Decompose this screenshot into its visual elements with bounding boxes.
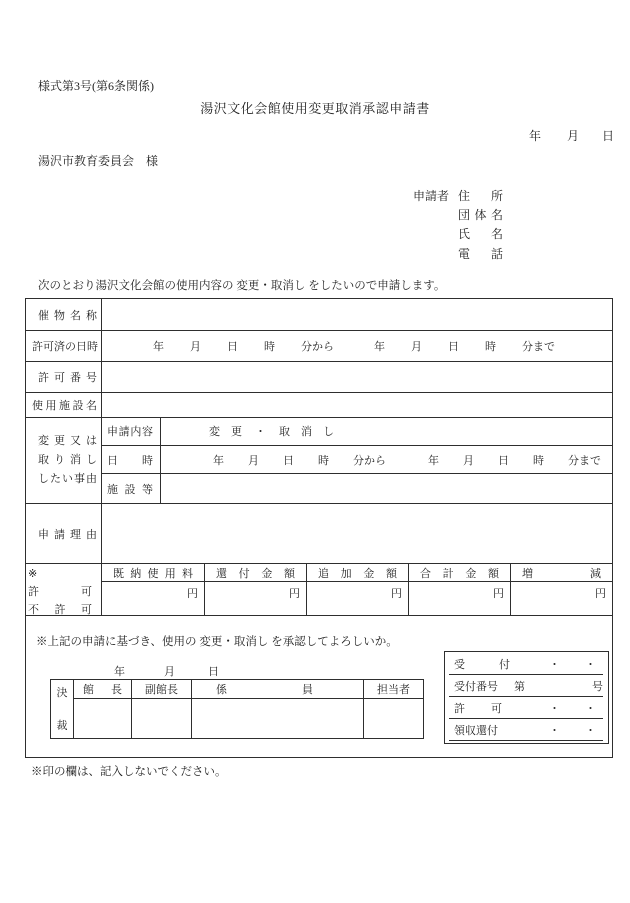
date-dot: ・ xyxy=(549,722,560,738)
row-change-facility: 施設等 xyxy=(102,474,612,503)
row-event-name: 催物名称 xyxy=(26,299,612,331)
yen-unit: 円 xyxy=(391,585,402,601)
deputy-director-stamp-cell xyxy=(132,699,192,738)
reception-refund-row: 領収還付 ・ ・ xyxy=(449,719,603,741)
addressee: 湯沢市教育委員会 様 xyxy=(38,152,158,169)
decision-stamp-row xyxy=(74,699,423,738)
reception-number-row: 受付番号 第 号 xyxy=(449,675,603,697)
date-dot: ・ xyxy=(549,700,560,716)
fee-refund-header: 還付金額 xyxy=(205,565,306,581)
reception-number-label: 受付番号 xyxy=(454,678,498,694)
fee-refund-cell: 円 xyxy=(205,582,306,615)
date-dot: ・ xyxy=(585,722,596,738)
receipt-label: 受付 xyxy=(454,656,510,672)
date-dot: ・ xyxy=(549,656,560,672)
applicant-name-label: 氏名 xyxy=(458,225,503,242)
person-in-charge-header: 担当者 xyxy=(364,680,423,698)
fee-total-header: 合計金額 xyxy=(409,565,510,581)
fee-col-total: 合計金額 円 xyxy=(409,564,511,615)
permit-option: 許可 xyxy=(28,583,92,601)
date-dot: ・ xyxy=(585,656,596,672)
option-cancel: 取消し xyxy=(279,423,345,439)
change-section-body: 申請内容 変更 ・ 取消し 日時 xyxy=(102,418,612,503)
fee-col-refund: 還付金額 円 xyxy=(205,564,307,615)
application-table: 催物名称 許可済の日時 年 月 日 時 分から 年 月 日 時 分まで xyxy=(25,298,613,758)
change-facility-label: 施設等 xyxy=(102,474,161,503)
fee-col-paid: 既納使用料 円 xyxy=(102,564,205,615)
row-change-content: 申請内容 変更 ・ 取消し xyxy=(102,418,612,446)
fee-additional-header: 追加金額 xyxy=(307,565,408,581)
change-datetime-cell: 年 月 日 時 分から 年 月 日 時 分まで xyxy=(161,446,612,474)
number-prefix: 第 xyxy=(514,678,525,694)
fee-difference-cell: 円 xyxy=(511,582,612,615)
fee-paid-header: 既納使用料 xyxy=(102,565,204,581)
row-fees: ※ 許可 不許可 既納使用料 円 還付金額 円 追加金額 円 合計金額 円 増減 xyxy=(26,564,612,616)
applicant-address-label: 住所 xyxy=(458,187,503,204)
number-suffix: 号 xyxy=(592,678,603,694)
change-section-label: 変更又は 取り消し したい事由 xyxy=(26,418,102,503)
applicant-organization-label: 団体名 xyxy=(458,206,503,223)
row-facility-name: 使用施設名 xyxy=(26,393,612,418)
approval-date-year: 年 xyxy=(114,663,125,679)
fee-col-difference: 増減 円 xyxy=(511,564,612,615)
approval-section: ※上記の申請に基づき、使用の 変更・取消し を承認してよろしいか。 年 月 日 … xyxy=(26,616,612,757)
director-header: 館長 xyxy=(74,680,132,698)
row-reason: 申請理由 xyxy=(26,504,612,564)
header-date-month: 月 xyxy=(567,127,579,144)
approval-date-day: 日 xyxy=(208,663,219,679)
header-date-day: 日 xyxy=(602,127,614,144)
application-form-page: 様式第3号(第6条関係) 湯沢文化会館使用変更取消承認申請書 年 月 日 湯沢市… xyxy=(0,0,630,903)
approval-question: ※上記の申請に基づき、使用の 変更・取消し を承認してよろしいか。 xyxy=(36,633,398,649)
reception-receipt-row: 受付 ・ ・ xyxy=(449,653,603,675)
facility-name-label: 使用施設名 xyxy=(26,393,102,417)
change-options: 変更 ・ 取消し xyxy=(161,423,345,439)
change-datetime-template: 年 月 日 時 分から 年 月 日 時 分まで xyxy=(161,452,601,468)
reception-box: 受付 ・ ・ 受付番号 第 号 許可 ・ ・ 領収還付 ・ ・ xyxy=(444,651,609,744)
yen-unit: 円 xyxy=(595,585,606,601)
decision-header-row: 館長 副館長 係員 担当者 xyxy=(74,680,423,699)
row-change-section: 変更又は 取り消し したい事由 申請内容 変更 ・ 取消し xyxy=(26,418,612,504)
office-use-mark: ※ xyxy=(28,565,92,583)
footnote: ※印の欄は、記入しないでください。 xyxy=(31,763,227,779)
change-facility-cell xyxy=(161,474,612,503)
form-number: 様式第3号(第6条関係) xyxy=(38,77,154,94)
date-dot: ・ xyxy=(585,700,596,716)
applicant-phone-label: 電話 xyxy=(458,245,503,262)
fee-additional-cell: 円 xyxy=(307,582,408,615)
event-name-input-cell xyxy=(102,299,612,330)
staff-stamp-cell xyxy=(192,699,364,738)
fee-difference-header: 増減 xyxy=(511,565,612,581)
facility-name-input-cell xyxy=(102,393,612,417)
approval-date-month: 月 xyxy=(164,663,175,679)
refund-label: 領収還付 xyxy=(454,722,498,738)
change-content-cell: 変更 ・ 取消し xyxy=(161,418,612,445)
permitted-datetime-input-cell: 年 月 日 時 分から 年 月 日 時 分まで xyxy=(102,331,612,361)
decision-side-label: 決裁 xyxy=(51,680,74,738)
permit-number-input-cell xyxy=(102,362,612,392)
row-change-datetime: 日時 年 月 日 時 分から 年 月 日 時 分ま xyxy=(102,446,612,475)
event-name-label: 催物名称 xyxy=(26,299,102,330)
option-change: 変更 xyxy=(209,423,253,439)
row-permit-number: 許可番号 xyxy=(26,362,612,393)
decision-table: 決裁 館長 副館長 係員 担当者 xyxy=(50,679,424,739)
fee-col-additional: 追加金額 円 xyxy=(307,564,409,615)
fee-total-cell: 円 xyxy=(409,582,510,615)
staff-header: 係員 xyxy=(192,680,364,698)
option-separator: ・ xyxy=(255,423,277,439)
director-stamp-cell xyxy=(74,699,132,738)
deputy-director-header: 副館長 xyxy=(132,680,192,698)
fee-permission-label: ※ 許可 不許可 xyxy=(26,564,102,615)
change-content-label: 申請内容 xyxy=(102,418,161,445)
permit-number-label: 許可番号 xyxy=(26,362,102,392)
applicant-label: 申請者 xyxy=(413,187,449,204)
reason-label: 申請理由 xyxy=(26,504,102,563)
approval-date-line: 年 月 日 xyxy=(114,663,234,677)
reception-permit-row: 許可 ・ ・ xyxy=(449,697,603,719)
header-date-year: 年 xyxy=(529,127,541,144)
reception-permit-label: 許可 xyxy=(454,700,502,716)
permitted-datetime-template: 年 月 日 時 分から 年 月 日 時 分まで xyxy=(102,338,555,354)
yen-unit: 円 xyxy=(187,585,198,601)
fee-paid-cell: 円 xyxy=(102,582,204,615)
yen-unit: 円 xyxy=(289,585,300,601)
row-permitted-datetime: 許可済の日時 年 月 日 時 分から 年 月 日 時 分まで xyxy=(26,331,612,362)
change-datetime-label: 日時 xyxy=(102,446,161,474)
page-title: 湯沢文化会館使用変更取消承認申請書 xyxy=(0,98,630,117)
yen-unit: 円 xyxy=(493,585,504,601)
intro-sentence: 次のとおり湯沢文化会館の使用内容の 変更・取消し をしたいので申請します。 xyxy=(38,277,445,293)
person-in-charge-stamp-cell xyxy=(364,699,423,738)
permitted-datetime-label: 許可済の日時 xyxy=(26,331,102,361)
reason-input-cell xyxy=(102,504,612,563)
